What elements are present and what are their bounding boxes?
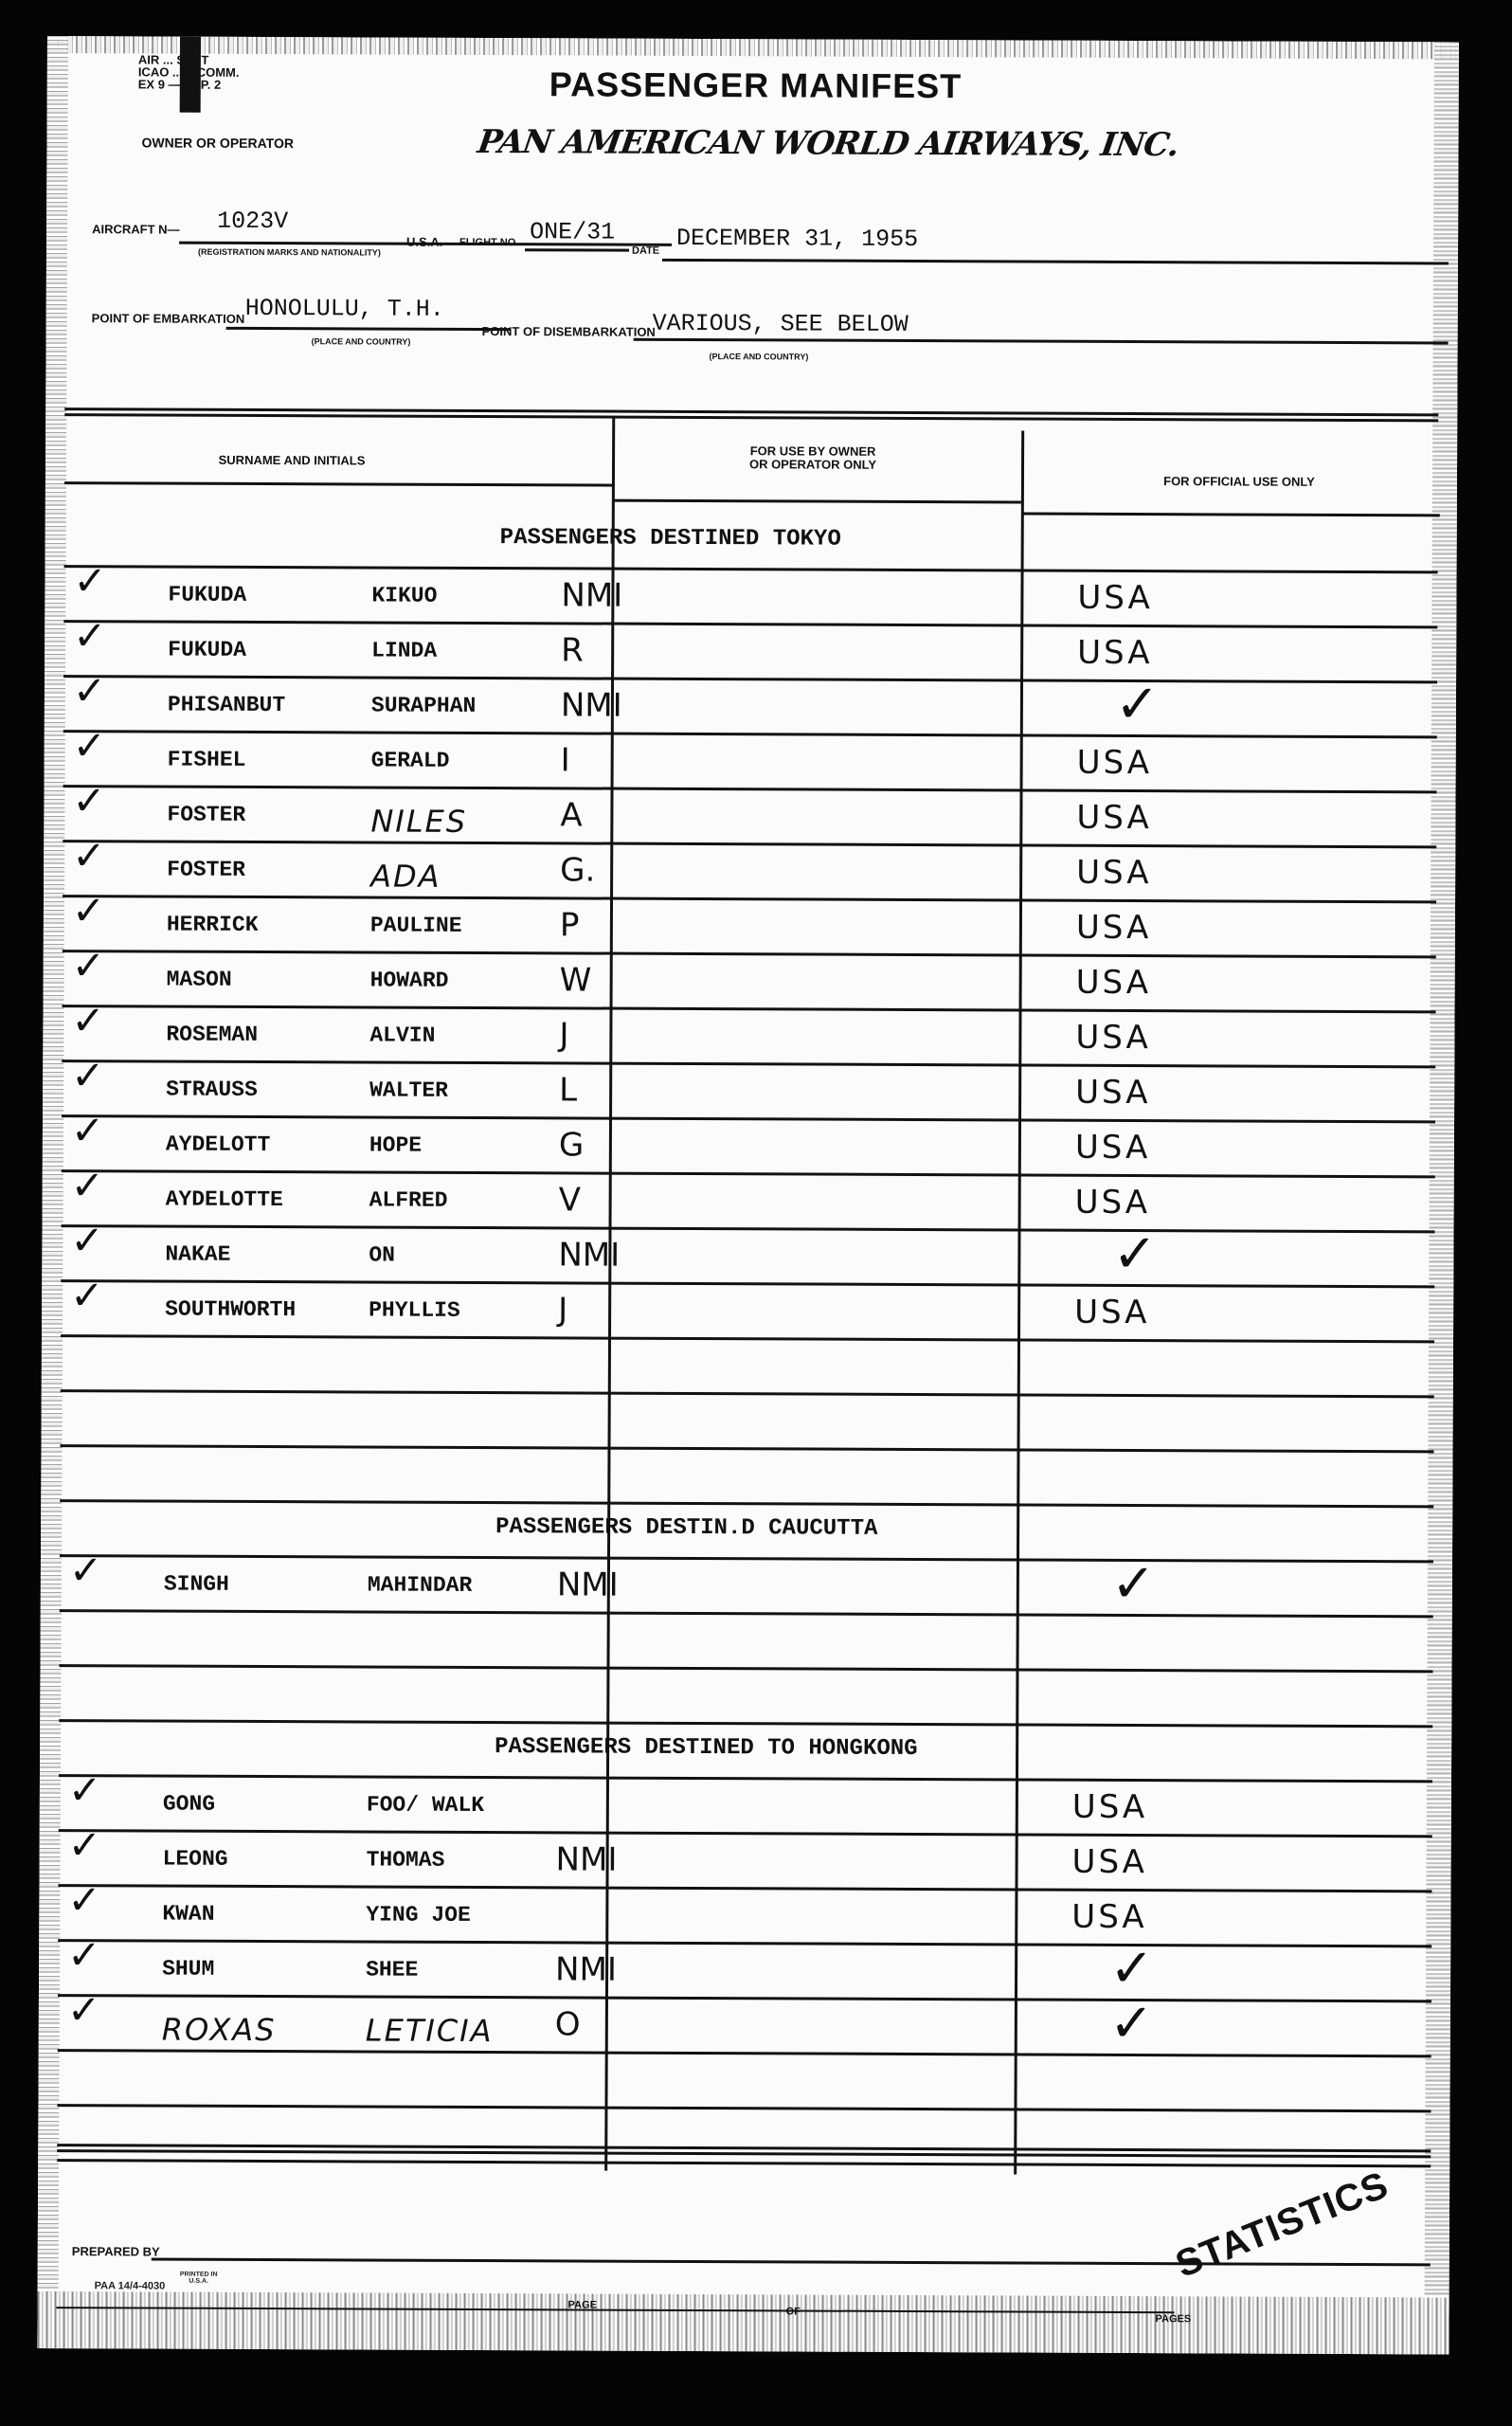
table-row: ✓SINGHMAHINDARNMI✓ [41,1554,1452,1616]
passenger-given-name: LETICIA [366,2012,494,2049]
owner-label: OWNER OR OPERATOR [141,135,294,151]
aircraft-label: AIRCRAFT N— [92,222,180,236]
official-nationality: USA [1074,1294,1150,1331]
table-row: ✓HERRICKPAULINEPUSA [44,895,1455,956]
verified-check-icon: ✓ [73,667,106,714]
table-row: ✓GONGFOO/ WALKUSA [40,1774,1451,1836]
aircraft-sublabel: (REGISTRATION MARKS AND NATIONALITY) [198,247,381,258]
table-row: ✓AYDELOTTHOPEGUSA [43,1114,1454,1176]
table-row: ✓STRAUSSWALTERLUSA [43,1059,1454,1121]
verified-check-icon: ✓ [73,612,106,659]
row-rule [61,1389,1434,1398]
verified-check-icon: ✓ [71,1107,104,1153]
passenger-initial: NMI [561,686,622,724]
passenger-surname: FUKUDA [168,583,246,607]
row-rule [59,1664,1432,1673]
official-nationality: USA [1072,1843,1148,1881]
passenger-surname: HERRICK [167,913,259,937]
verified-check-icon: ✓ [67,1986,100,2033]
verified-check-icon: ✓ [72,942,105,988]
passenger-surname: SHUM [162,1957,214,1982]
passenger-surname: FOSTER [167,803,245,827]
passenger-given-name: KIKUO [371,583,437,607]
passenger-initial: NMI [555,1950,617,1988]
official-check-icon: ✓ [1111,1553,1156,1615]
pages-label: PAGES [1155,2313,1191,2325]
column-header-owner-use: FOR USE BY OWNER OR OPERATOR ONLY [661,444,964,472]
date-value: DECEMBER 31, 1955 [676,225,918,253]
table-row: ✓SHUMSHEENMI✓ [39,1939,1450,2001]
row-rule [57,2104,1431,2112]
section-title: PASSENGERS DESTIN.D CAUCUTTA [495,1514,877,1542]
disembarkation-sublabel: (PLACE AND COUNTRY) [710,352,809,361]
official-check-icon: ✓ [1115,674,1160,735]
passenger-surname: AYDELOTT [166,1132,271,1157]
passenger-given-name: ALFRED [369,1187,448,1212]
section-title: PASSENGERS DESTINED TOKYO [500,525,841,552]
flight-value: ONE/31 [530,218,615,245]
row-rule [59,1719,1432,1728]
verified-check-icon: ✓ [72,777,105,824]
passenger-surname: PHISANBUT [168,693,285,718]
passenger-initial: L [559,1071,577,1109]
embarkation-label: POINT OF EMBARKATION [92,311,245,326]
table-row: ✓FOSTERADAG.USA [44,840,1455,901]
passenger-given-name: HOPE [369,1132,422,1157]
passenger-surname: SOUTHWORTH [165,1297,296,1323]
official-nationality: USA [1077,634,1153,672]
column-header-official: FOR OFFICIAL USE ONLY [1059,475,1419,490]
passenger-initial: V [559,1181,581,1219]
verified-check-icon: ✓ [73,557,106,604]
official-check-icon: ✓ [1109,1938,1154,2000]
passenger-initial: I [561,741,570,779]
scan-edge-top [47,36,1459,60]
passenger-initial: P [560,906,580,944]
passenger-surname: FISHEL [168,748,246,772]
verified-check-icon: ✓ [69,1547,102,1593]
passenger-given-name: YING JOE [366,1902,471,1927]
owner-name: PAN AMERICAN WORLD AIRWAYS, INC. [476,123,1181,164]
verified-check-icon: ✓ [72,832,105,878]
passenger-given-name: PHYLLIS [369,1297,460,1322]
table-row: ✓FISHELGERALDIUSA [45,730,1456,791]
passenger-given-name: GERALD [371,748,450,772]
prepared-by-label: PREPARED BY [72,2244,160,2258]
passenger-given-name: HOWARD [370,968,449,992]
table-row: ✓AYDELOTTEALFREDVUSA [43,1169,1454,1231]
passenger-given-name: FOO/ WALK [367,1792,484,1818]
table-row: ✓SOUTHWORTHPHYLLISJUSA [42,1279,1453,1341]
passenger-surname: ROXAS [162,2012,277,2049]
official-check-icon: ✓ [1109,1993,1154,2055]
passenger-given-name: SURAPHAN [371,693,477,717]
official-nationality: USA [1076,854,1152,892]
verified-check-icon: ✓ [71,1052,104,1098]
owner-use-line-2: OR OPERATOR ONLY [661,458,964,472]
passenger-surname: FUKUDA [168,638,246,662]
table-row: ✓LEONGTHOMASNMIUSA [39,1829,1450,1891]
official-nationality: USA [1075,1074,1151,1112]
passenger-given-name: THOMAS [367,1847,445,1872]
passenger-given-name: WALTER [369,1077,448,1102]
passenger-given-name: PAULINE [370,913,462,937]
embarkation-value: HONOLULU, T.H. [245,295,444,323]
verified-check-icon: ✓ [72,887,105,933]
passenger-given-name: ON [369,1242,395,1267]
table-row: ✓KWANYING JOEUSA [39,1884,1450,1946]
table-row: ✓ROSEMANALVINJUSA [43,1005,1454,1066]
manifest-page: AIR ... SYST ICAO ... L COMM. EX 9 — APP… [37,36,1459,2354]
row-rule [57,2159,1431,2167]
passenger-given-name: ADA [370,858,441,894]
verified-check-icon: ✓ [71,997,104,1043]
passenger-given-name: LINDA [371,638,437,662]
page-title: PASSENGER MANIFEST [549,64,963,106]
passenger-surname: FOSTER [167,858,245,882]
date-label: DATE [632,245,659,257]
official-nationality: USA [1075,1019,1151,1057]
passenger-initial: R [561,631,584,669]
verified-check-icon: ✓ [68,1821,101,1868]
row-rule [60,1499,1433,1508]
disembarkation-value: VARIOUS, SEE BELOW [653,310,909,338]
country-label: U.S.A. [406,235,442,249]
passenger-initial: O [555,2005,581,2043]
table-row: ✓NAKAEONNMI✓ [42,1224,1453,1286]
passenger-given-name: MAHINDAR [368,1572,473,1597]
official-nationality: USA [1076,909,1152,947]
passenger-surname: AYDELOTTE [166,1187,283,1213]
scan-edge-bottom [37,2291,1449,2355]
column-header-names: SURNAME AND INITIALS [150,453,434,467]
table-row: ✓FUKUDALINDARUSA [45,620,1456,681]
binder-tab [180,37,201,113]
passenger-surname: KWAN [162,1902,214,1927]
passenger-initial: J [559,1016,568,1054]
aircraft-value: 1023V [217,208,288,235]
official-nationality: USA [1072,1788,1148,1826]
passenger-given-name: SHEE [366,1957,418,1982]
printed-in-usa-mark: PRINTED IN U.S.A. [180,2272,218,2285]
table-row: ✓MASONHOWARDWUSA [44,950,1455,1011]
passenger-initial: NMI [558,1236,620,1274]
official-nationality: USA [1075,1129,1151,1167]
passenger-given-name: ALVIN [369,1023,435,1047]
passenger-surname: MASON [167,968,232,992]
official-check-icon: ✓ [1112,1223,1157,1285]
embarkation-sublabel: (PLACE AND COUNTRY) [312,336,411,346]
table-row: ✓FUKUDAKIKUONMIUSA [45,565,1456,626]
passenger-surname: SINGH [164,1572,229,1597]
official-nationality: USA [1076,964,1152,1002]
section-title: PASSENGERS DESTINED TO HONGKONG [495,1734,918,1762]
official-nationality: USA [1077,744,1153,782]
statistics-stamp: STATISTICS [1170,2163,1395,2287]
official-nationality: USA [1071,1898,1147,1936]
flight-label: FLIGHT NO. [459,237,518,248]
row-rule [61,1444,1434,1453]
verified-check-icon: ✓ [71,1162,104,1208]
verified-check-icon: ✓ [68,1766,101,1813]
official-nationality: USA [1075,1184,1151,1222]
passenger-initial: NMI [561,576,622,614]
verified-check-icon: ✓ [73,722,106,769]
verified-check-icon: ✓ [67,1931,100,1978]
passenger-initial: G. [560,851,595,889]
verified-check-icon: ✓ [67,1876,100,1923]
passenger-surname: LEONG [163,1847,228,1872]
passenger-initial: G [559,1126,585,1164]
verified-check-icon: ✓ [70,1272,103,1318]
passenger-initial: W [560,961,592,999]
table-row: ✓PHISANBUTSURAPHANNMI✓ [45,675,1456,736]
table-row: ✓ROXASLETICIAO✓ [39,1994,1450,2055]
verified-check-icon: ✓ [70,1217,103,1263]
official-nationality: USA [1076,799,1152,837]
official-nationality: USA [1077,579,1153,617]
passenger-given-name: NILES [370,803,467,839]
passenger-initial: NMI [557,1566,619,1603]
passenger-surname: STRAUSS [166,1077,258,1102]
passenger-surname: GONG [163,1792,215,1817]
disembarkation-label: POINT OF DISEMBARKATION [482,324,656,339]
passenger-surname: NAKAE [165,1242,230,1267]
passenger-initial: NMI [556,1840,618,1878]
table-row: ✓FOSTERNILESAUSA [44,785,1455,846]
passenger-surname: ROSEMAN [166,1023,258,1047]
form-number: PAA 14/4-4030 [95,2280,166,2291]
passenger-initial: A [560,796,582,834]
passenger-initial: J [558,1291,567,1329]
